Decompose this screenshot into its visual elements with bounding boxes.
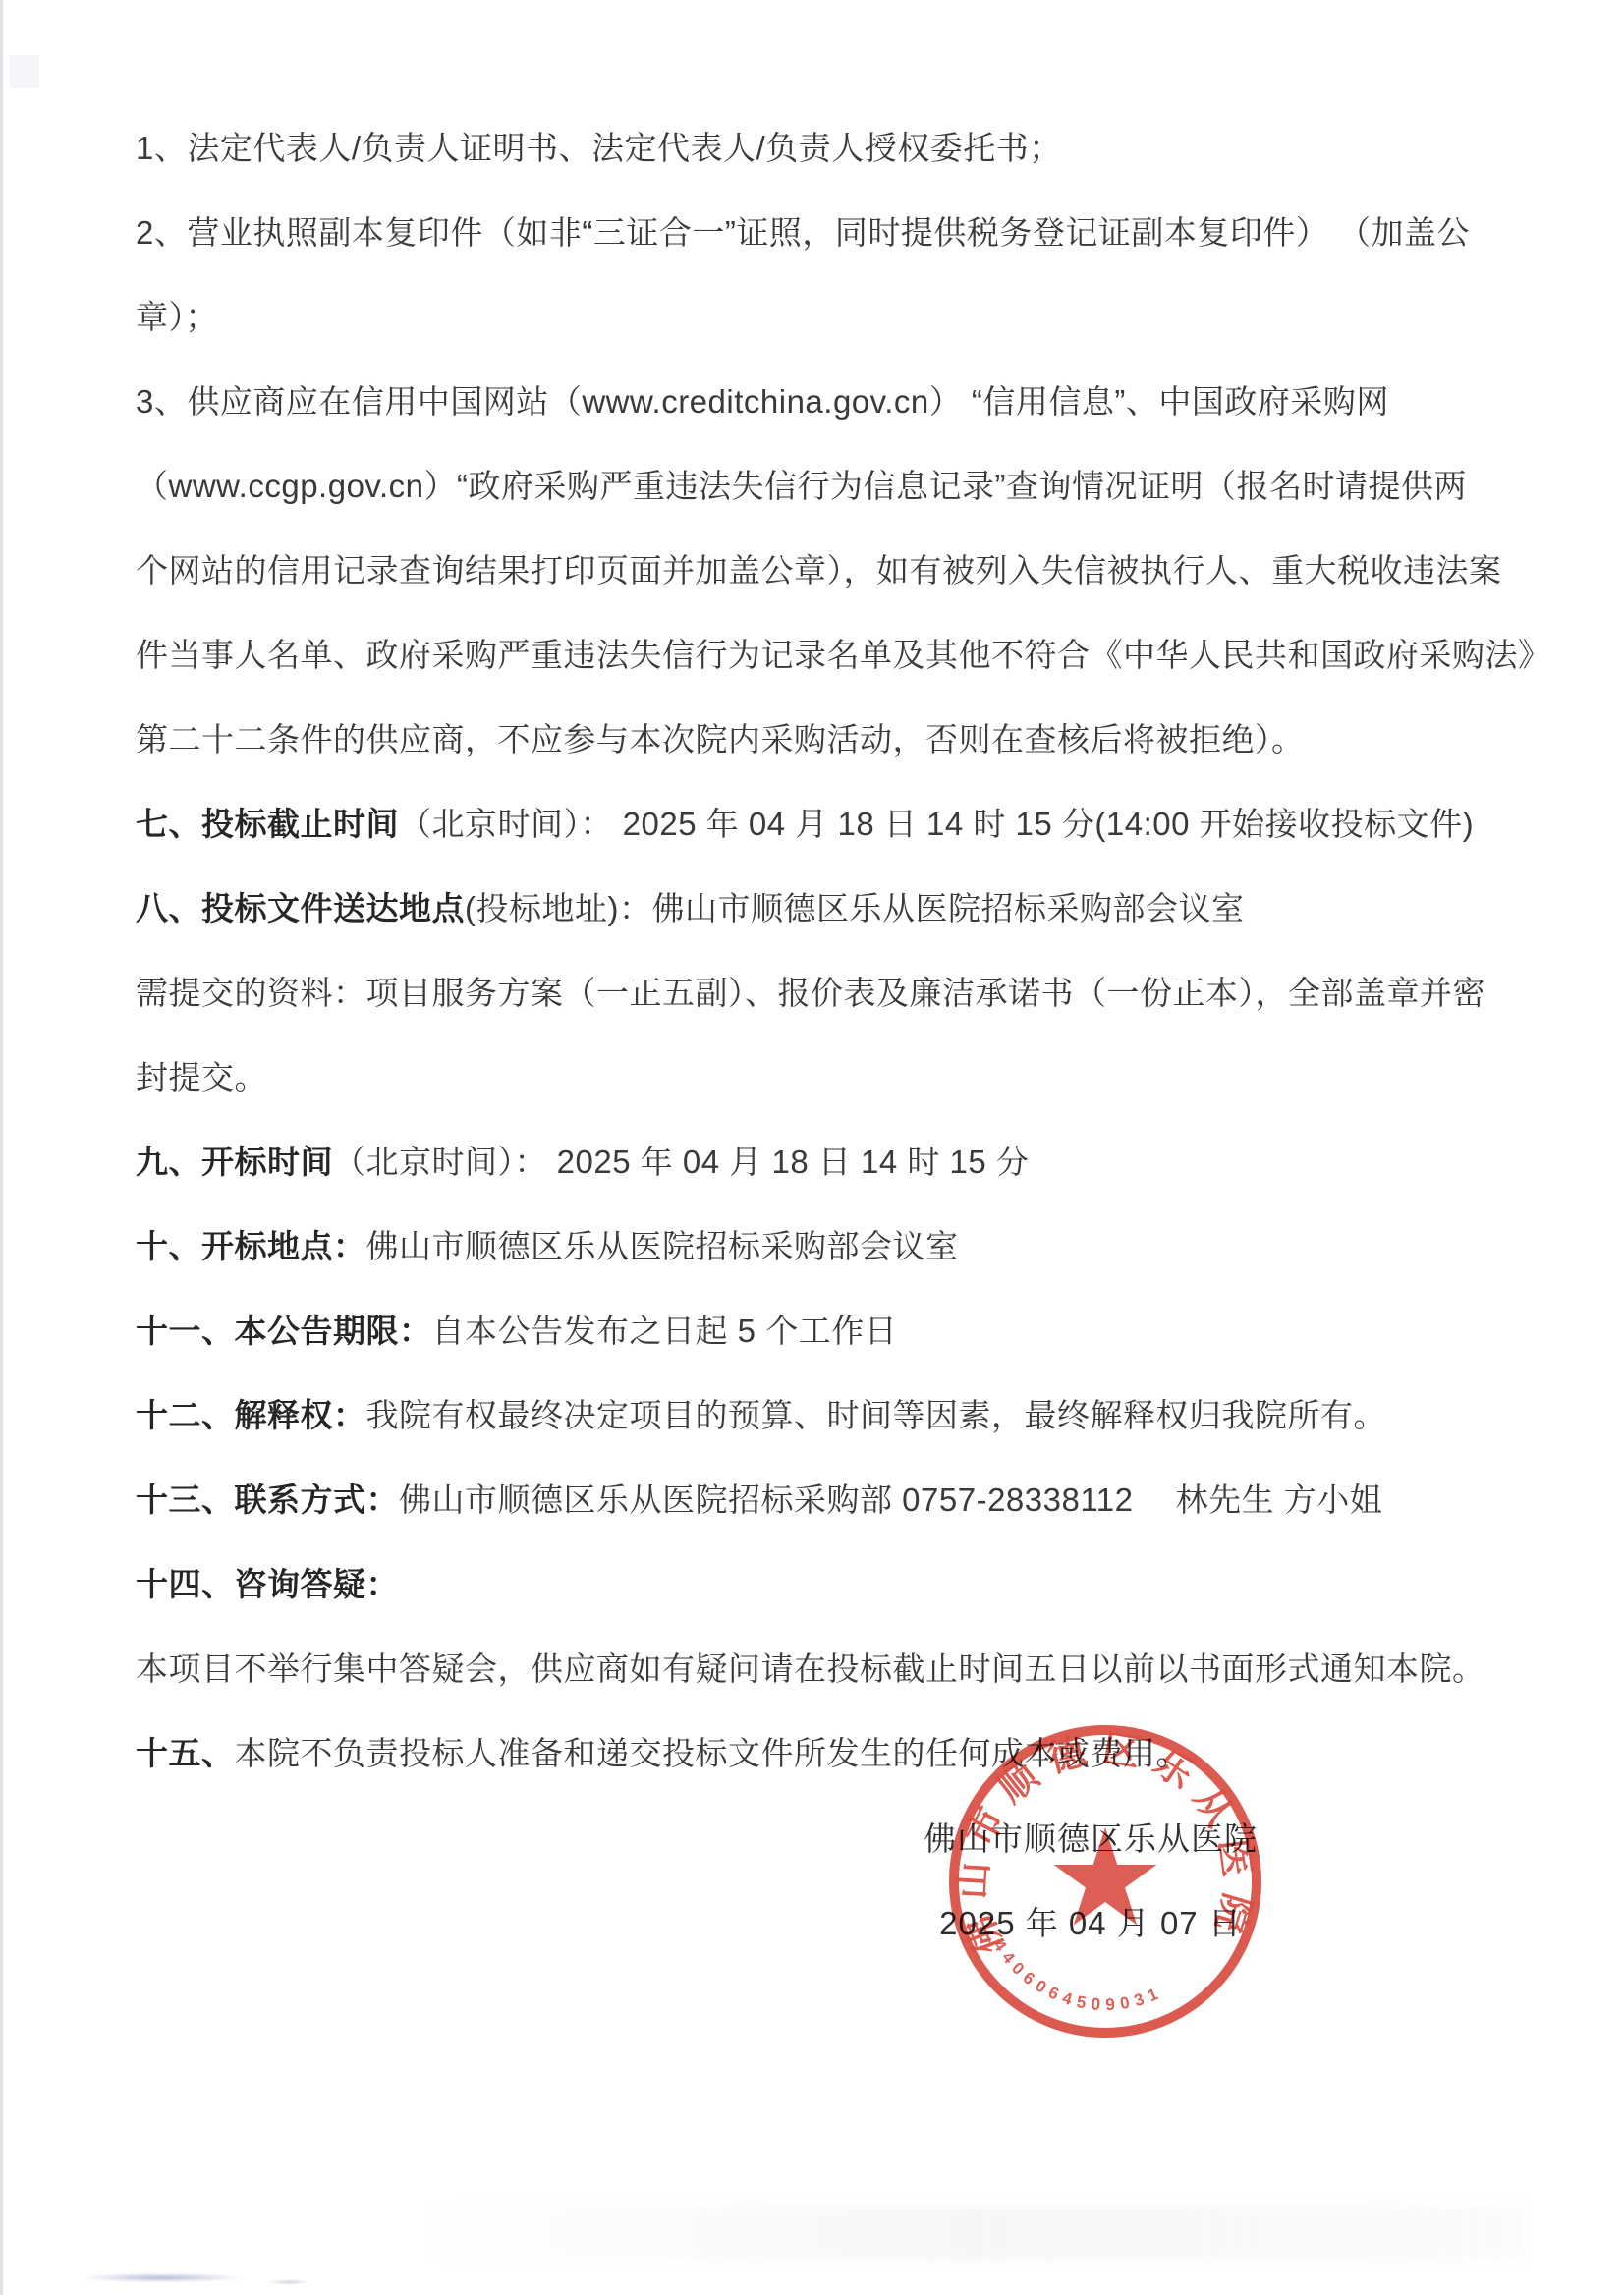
official-seal-stamp: 佛山市顺德区乐从医院 4406064509031: [938, 1714, 1272, 2048]
line-text: 佛山市顺德区乐从医院招标采购部 0757-28338112 林先生 方小姐: [399, 1482, 1382, 1518]
line-text: （北京时间）： 2025 年 04 月 18 日 14 时 15 分(14:00…: [399, 806, 1474, 842]
doc-line-materials: 需提交的资料：项目服务方案（一正五副）、报价表及廉洁承诺书（一份正本），全部盖章…: [136, 951, 1540, 1036]
section-heading: 十五、: [136, 1735, 235, 1771]
doc-line-section8-delivery-place: 八、投标文件送达地点(投标地址)：佛山市顺德区乐从医院招标采购部会议室: [136, 867, 1540, 951]
section-heading: 八、投标文件送达地点: [136, 890, 465, 926]
doc-line-item3-cont1: （www.ccgp.gov.cn）“政府采购严重违法失信行为信息记录”查询情况证…: [136, 444, 1540, 529]
doc-line-item1: 1、法定代表人/负责人证明书、法定代表人/负责人授权委托书；: [136, 106, 1540, 191]
doc-line-section7-deadline: 七、投标截止时间（北京时间）： 2025 年 04 月 18 日 14 时 15…: [136, 782, 1540, 867]
line-text: 第二十二条件的供应商，不应参与本次院内采购活动，否则在查核后将被拒绝）。: [136, 721, 1305, 757]
doc-line-item3-cont4: 第二十二条件的供应商，不应参与本次院内采购活动，否则在查核后将被拒绝）。: [136, 698, 1540, 782]
scan-edge-shadow: [0, 0, 3, 2295]
doc-line-item2-cont: 章）；: [136, 275, 1540, 360]
line-text: (投标地址)：佛山市顺德区乐从医院招标采购部会议室: [465, 890, 1244, 926]
section-heading: 十、开标地点：: [136, 1228, 366, 1264]
line-text: 章）；: [136, 299, 218, 335]
document-body: 1、法定代表人/负责人证明书、法定代表人/负责人授权委托书； 2、营业执照副本复…: [136, 106, 1540, 1796]
doc-line-item3-cont3: 件当事人名单、政府采购严重违法失信行为记录名单及其他不符合《中华人民共和国政府采…: [136, 613, 1540, 698]
line-text: 封提交。: [136, 1059, 267, 1095]
doc-line-section11-notice-period: 十一、本公告期限：自本公告发布之日起 5 个工作日: [136, 1289, 1540, 1373]
line-text: 自本公告发布之日起 5 个工作日: [432, 1313, 898, 1349]
section-heading: 七、投标截止时间: [136, 806, 399, 842]
section-heading: 九、开标时间: [136, 1144, 333, 1180]
doc-line-item3-cont2: 个网站的信用记录查询结果打印页面并加盖公章），如有被列入失信被执行人、重大税收违…: [136, 529, 1540, 613]
line-text: （www.ccgp.gov.cn）“政府采购严重违法失信行为信息记录”查询情况证…: [136, 468, 1467, 504]
stamp-star-icon: [1054, 1827, 1157, 1926]
doc-line-section9-opening-time: 九、开标时间（北京时间）： 2025 年 04 月 18 日 14 时 15 分: [136, 1120, 1540, 1204]
line-text: 个网站的信用记录查询结果打印页面并加盖公章），如有被列入失信被执行人、重大税收违…: [136, 552, 1502, 588]
section-heading: 十一、本公告期限：: [136, 1313, 432, 1349]
line-text: 件当事人名单、政府采购严重违法失信行为记录名单及其他不符合《中华人民共和国政府采…: [136, 637, 1551, 673]
doc-line-section13-contact: 十三、联系方式：佛山市顺德区乐从医院招标采购部 0757-28338112 林先…: [136, 1458, 1540, 1542]
line-text: 佛山市顺德区乐从医院招标采购部会议室: [366, 1228, 959, 1264]
doc-line-materials-cont: 封提交。: [136, 1036, 1540, 1120]
line-text: 1、法定代表人/负责人证明书、法定代表人/负责人授权委托书；: [136, 130, 1062, 166]
doc-line-qa-detail: 本项目不举行集中答疑会，供应商如有疑问请在投标截止时间五日以前以书面形式通知本院…: [136, 1627, 1540, 1711]
doc-line-section10-opening-place: 十、开标地点：佛山市顺德区乐从医院招标采购部会议室: [136, 1204, 1540, 1289]
scan-gray-band: [422, 2206, 1523, 2260]
doc-line-item2: 2、营业执照副本复印件（如非“三证合一”证照，同时提供税务登记证副本复印件） （…: [136, 191, 1540, 275]
line-text: 2、营业执照副本复印件（如非“三证合一”证照，同时提供税务登记证副本复印件） （…: [136, 214, 1470, 251]
scan-smudge: [267, 2279, 310, 2285]
line-text: 我院有权最终决定项目的预算、时间等因素，最终解释权归我院所有。: [366, 1397, 1387, 1433]
line-text: 需提交的资料：项目服务方案（一正五副）、报价表及廉洁承诺书（一份正本），全部盖章…: [136, 975, 1485, 1011]
scanned-document-page: 1、法定代表人/负责人证明书、法定代表人/负责人授权委托书； 2、营业执照副本复…: [0, 0, 1624, 2295]
section-heading: 十四、咨询答疑：: [136, 1566, 399, 1602]
doc-line-section15-costs: 十五、本院不负责投标人准备和递交投标文件所发生的任何成本或费用。: [136, 1711, 1540, 1796]
section-heading: 十二、解释权：: [136, 1397, 366, 1433]
doc-line-section14-qa: 十四、咨询答疑：: [136, 1542, 1540, 1627]
section-heading: 十三、联系方式：: [136, 1482, 399, 1518]
line-text: 3、供应商应在信用中国网站（www.creditchina.gov.cn） “信…: [136, 383, 1389, 420]
line-text: （北京时间）： 2025 年 04 月 18 日 14 时 15 分: [333, 1144, 1029, 1180]
doc-line-section12-interpretation: 十二、解释权：我院有权最终决定项目的预算、时间等因素，最终解释权归我院所有。: [136, 1373, 1540, 1458]
scan-corner-artifact: [10, 55, 39, 88]
line-text: 本项目不举行集中答疑会，供应商如有疑问请在投标截止时间五日以前以书面形式通知本院…: [136, 1651, 1485, 1687]
doc-line-item3: 3、供应商应在信用中国网站（www.creditchina.gov.cn） “信…: [136, 360, 1540, 444]
scan-smudge: [79, 2273, 246, 2282]
